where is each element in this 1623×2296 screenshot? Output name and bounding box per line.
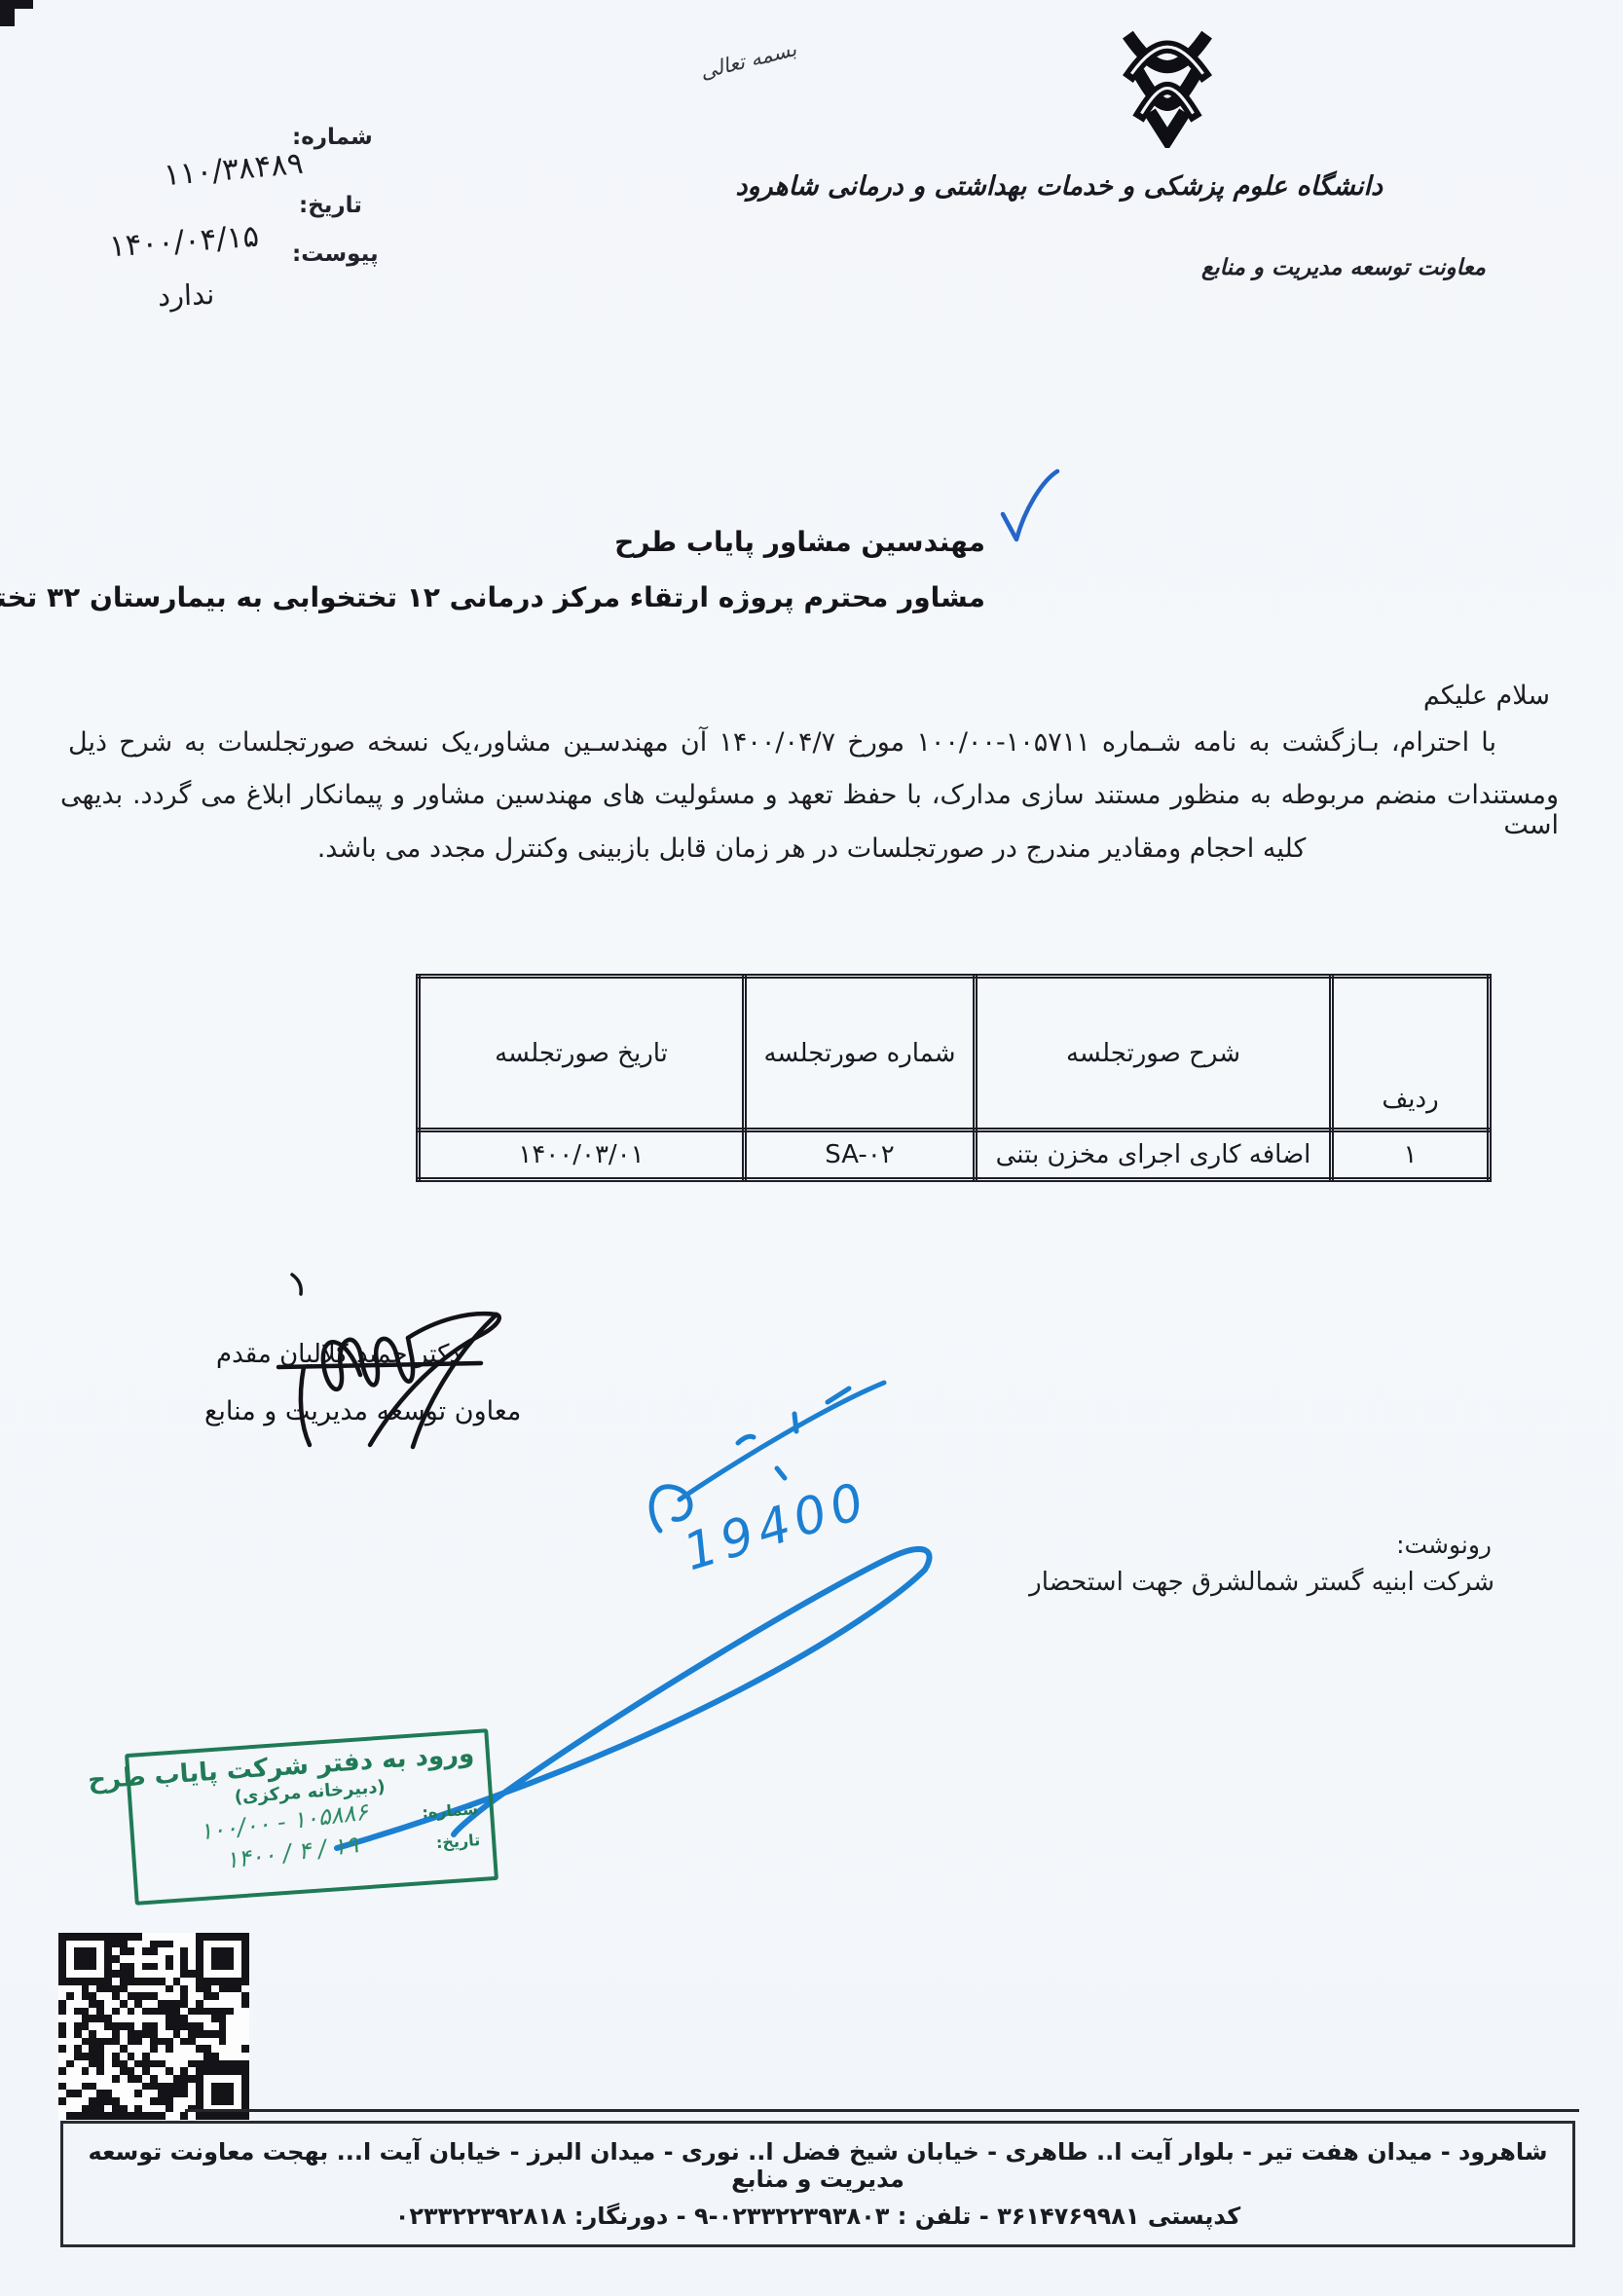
department-name: معاونت توسعه مدیریت و منابع [1149,255,1538,280]
table-row: ۱ اضافه کاری اجرای مخزن بتنی SA-۰۲ ۱۴۰۰/… [419,1130,1490,1180]
scanned-letter-page: بسمه تعالی دانشگاه علوم پزشکی و خدمات به… [0,0,1623,2296]
qr-code [58,1933,249,2120]
body-line1: با احترام، بـازگشت به نامه شـماره ۱۰۵۷۱۱… [68,727,1496,758]
col-header-minute-number: شماره صورتجلسه [745,977,976,1130]
number-label: شماره: [292,125,373,150]
university-logo-icon [1118,27,1217,148]
cell-minute-date: ۱۴۰۰/۰۳/۰۱ [419,1130,745,1180]
cc-recipient: شرکت ابنیه گستر شمالشرق جهت استحضار [1029,1568,1494,1597]
date-value: ۱۴۰۰/۰۴/۱۵ [108,219,260,265]
recipient-line1: مهندسین مشاور پایاب طرح [614,526,985,558]
body-line3: کلیه احجام ومقادیر مندرج در صورتجلسات در… [64,833,1559,864]
stamp-number-label: شماره: [422,1799,479,1822]
recipient-line2: مشاور محترم پروژه ارتقاء مرکز درمانی ۱۲ … [0,581,985,613]
attachment-value: ندارد [157,278,214,313]
date-label: تاریخ: [299,193,362,218]
salutation: سلام علیکم [1423,681,1550,711]
company-entry-stamp: ورود به دفتر شرکت پایاب طرح (دبیرخانه مر… [125,1728,498,1906]
pen-tick-mark [288,1272,310,1297]
cc-label: رونوشت: [1396,1531,1492,1559]
attachment-label: پیوست: [292,241,379,267]
body-line2: ومستندات منضم مربوطه به منظور مستند سازی… [60,780,1559,840]
university-name: دانشگاه علوم پزشکی و خدمات بهداشتی و درم… [935,171,1383,202]
cell-minute-number: SA-۰۲ [745,1130,976,1180]
besmele-handwriting: بسمه تعالی [698,37,799,84]
cell-description: اضافه کاری اجرای مخزن بتنی [976,1130,1332,1180]
cell-row-no: ۱ [1332,1130,1490,1180]
col-header-minute-date: تاریخ صورتجلسه [419,977,745,1130]
ink-signature [245,1299,518,1460]
col-header-row-no: ردیف [1332,977,1490,1130]
footer-rule [185,2109,1579,2112]
checkmark-pen-icon [995,467,1065,553]
minutes-table: ردیف شرح صورتجلسه شماره صورتجلسه تاریخ ص… [416,974,1492,1182]
number-value: ۱۱۰/۳۸۴۸۹ [163,146,305,193]
stamp-date-label: تاریخ: [435,1831,480,1852]
scan-corner-mark [0,0,33,9]
footer-address: شاهرود - میدان هفت تیر - بلوار آیت ا.. ط… [63,2138,1572,2193]
footer-contact: کدپستی ۳۶۱۴۷۶۹۹۸۱ - تلفن : ۰۲۳۳۲۲۳۹۳۸۰۳-… [63,2203,1572,2230]
col-header-description: شرح صورتجلسه [976,977,1332,1130]
footer-address-box: شاهرود - میدان هفت تیر - بلوار آیت ا.. ط… [60,2121,1575,2247]
